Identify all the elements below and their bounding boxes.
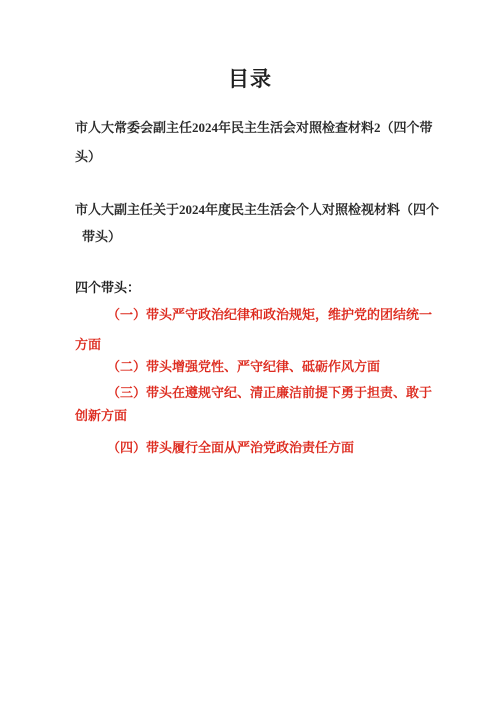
list-item-3-line-2: 创新方面 (75, 407, 127, 424)
section-heading: 四个带头： (75, 279, 140, 296)
toc-entry-1-line-2: 头） (75, 148, 101, 165)
document-page: 目录 市人大常委会副主任2024年民主生活会对照检查材料2（四个带 头） 市人大… (0, 0, 500, 707)
document-title: 目录 (0, 66, 500, 92)
list-item-3-line-1: （三）带头在遵规守纪、清正廉洁前提下勇于担责、敢于 (107, 384, 432, 401)
toc-entry-1-line-1: 市人大常委会副主任2024年民主生活会对照检查材料2（四个带 (75, 119, 433, 136)
list-item-4-line-1: （四）带头履行全面从严治党政治责任方面 (107, 439, 354, 456)
list-item-2-line-1: （二）带头增强党性、严守纪律、砥砺作风方面 (107, 358, 380, 375)
list-item-1-line-1: （一）带头严守政治纪律和政治规矩，维护党的团结统一 (107, 306, 432, 323)
toc-entry-2-line-2: 带头） (82, 228, 121, 245)
list-item-1-line-2: 方面 (75, 336, 101, 353)
toc-entry-2-line-1: 市人大副主任关于2024年度民主生活会个人对照检视材料（四个 (75, 201, 439, 218)
